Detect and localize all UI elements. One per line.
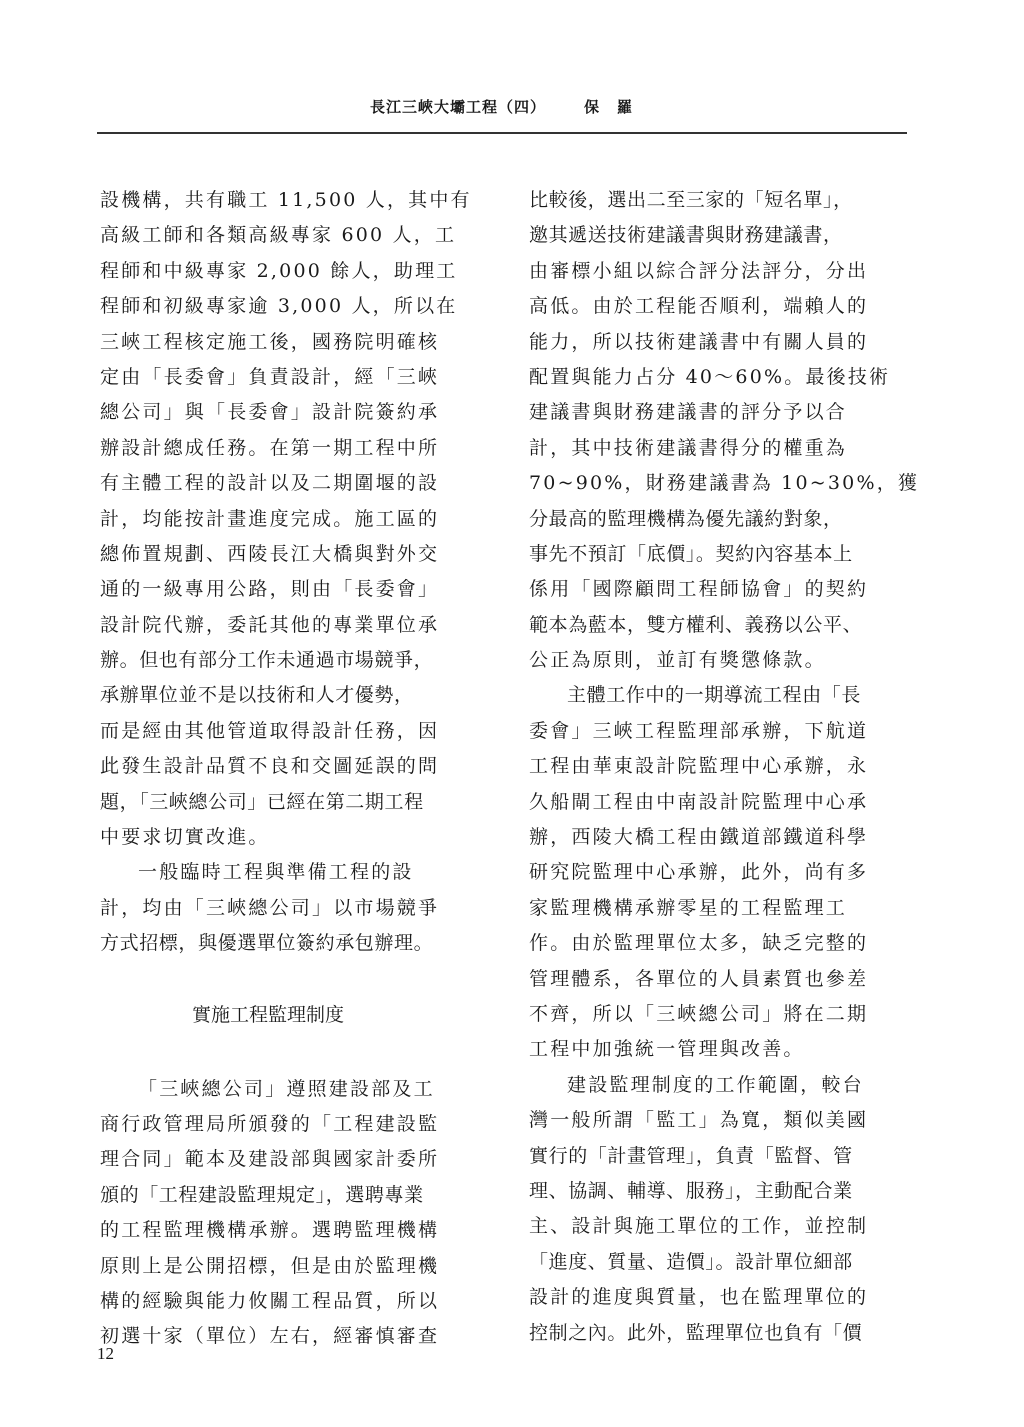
text-line: 配置與能力占分 40～60%。最後技術 [529,360,909,395]
right-column: 比較後，選出二至三家的「短名單」， 邀其遞送技術建議書與財務建議書， 由審標小組… [529,183,909,1351]
text-line: 設計的進度與質量，也在監理單位的 [529,1280,909,1315]
text-line: 比較後，選出二至三家的「短名單」， [529,183,909,218]
text-line: 一般臨時工程與準備工程的設 [100,855,480,890]
running-header: 長江三峽大壩工程（四） 保羅 [0,96,1024,120]
text-line: 70~90%，財務建議書為 10~30%，獲 [529,466,909,501]
text-line: 方式招標，與優選單位簽約承包辦理。 [100,926,480,961]
text-line: 管理體系，各單位的人員素質也參差 [529,962,909,997]
text-line: 通的一級專用公路，則由「長委會」 [100,572,480,607]
text-line: 中要求切實改進。 [100,820,480,855]
text-line: 久船閘工程由中南設計院監理中心承 [529,785,909,820]
page-number: 12 [97,1344,114,1364]
paragraph: 建設監理制度的工作範圍，較台 灣一般所謂「監工」為寬，類似美國 實行的「計畫管理… [529,1068,909,1351]
text-line: 事先不預訂「底價」。契約內容基本上 [529,537,909,572]
text-line: 的工程監理機構承辦。選聘監理機構 [100,1213,480,1248]
text-line: 建議書與財務建議書的評分予以合 [529,395,909,430]
text-line: 構的經驗與能力攸關工程品質，所以 [100,1284,480,1319]
text-line: 範本為藍本，雙方權利、義務以公平、 [529,608,909,643]
text-line: 分最高的監理機構為優先議約對象， [529,502,909,537]
text-line: 頒的「工程建設監理規定」，選聘專業 [100,1178,480,1213]
text-line: 辦，西陵大橋工程由鐵道部鐵道科學 [529,820,909,855]
text-line: 不齊，所以「三峽總公司」將在二期 [529,997,909,1032]
text-line: 有主體工程的設計以及二期圍堰的設 [100,466,480,501]
text-line: 辦。但也有部分工作未通過市場競爭， [100,643,480,678]
text-line: 承辦單位並不是以技術和人才優勢， [100,678,480,713]
text-line: 理、協調、輔導、服務」，主動配合業 [529,1174,909,1209]
paragraph: 設機構，共有職工 11,500 人，其中有 高級工師和各類高級專家 600 人，… [100,183,480,855]
text-line: 計，其中技術建議書得分的權重為 [529,431,909,466]
header-author: 保羅 [584,96,650,117]
text-line: 「三峽總公司」遵照建設部及工 [100,1072,480,1107]
text-line: 研究院監理中心承辦，此外，尚有多 [529,855,909,890]
text-line: 建設監理制度的工作範圍，較台 [529,1068,909,1103]
section-heading: 實施工程監理制度 [192,1000,344,1027]
text-line: 控制之內。此外，監理單位也負有「價 [529,1316,909,1351]
left-column: 設機構，共有職工 11,500 人，其中有 高級工師和各類高級專家 600 人，… [100,183,480,1355]
text-line: 計，均能按計畫進度完成。施工區的 [100,502,480,537]
text-line: 設機構，共有職工 11,500 人，其中有 [100,183,480,218]
text-line: 工程由華東設計院監理中心承辦，永 [529,749,909,784]
text-line: 總公司」與「長委會」設計院簽約承 [100,395,480,430]
text-line: 公正為原則，並訂有獎懲條款。 [529,643,909,678]
text-line: 計，均由「三峽總公司」以市場競爭 [100,891,480,926]
text-line: 委會」三峽工程監理部承辦，下航道 [529,714,909,749]
text-line: 係用「國際顧問工程師協會」的契約 [529,572,909,607]
paragraph: 比較後，選出二至三家的「短名單」， 邀其遞送技術建議書與財務建議書， 由審標小組… [529,183,909,678]
text-line: 家監理機構承辦零星的工程監理工 [529,891,909,926]
paragraph: 主體工作中的一期導流工程由「長 委會」三峽工程監理部承辦，下航道 工程由華東設計… [529,678,909,1067]
text-line: 灣一般所謂「監工」為寬，類似美國 [529,1103,909,1138]
text-line: 主、設計與施工單位的工作，並控制 [529,1209,909,1244]
text-line: 原則上是公開招標，但是由於監理機 [100,1249,480,1284]
section-heading-block: 實施工程監理制度 [100,962,480,1072]
text-line: 高級工師和各類高級專家 600 人，工 [100,218,480,253]
text-line: 設計院代辦，委託其他的專業單位承 [100,608,480,643]
text-line: 作。由於監理單位太多，缺乏完整的 [529,926,909,961]
text-line: 此發生設計品質不良和交圖延誤的問 [100,749,480,784]
text-line: 邀其遞送技術建議書與財務建議書， [529,218,909,253]
paragraph: 「三峽總公司」遵照建設部及工 商行政管理局所頒發的「工程建設監 理合同」範本及建… [100,1072,480,1355]
header-rule [97,132,907,134]
text-line: 程師和初級專家逾 3,000 人，所以在 [100,289,480,324]
paragraph: 一般臨時工程與準備工程的設 計，均由「三峽總公司」以市場競爭 方式招標，與優選單… [100,855,480,961]
text-line: 理合同」範本及建設部與國家計委所 [100,1142,480,1177]
text-line: 程師和中級專家 2,000 餘人，助理工 [100,254,480,289]
text-line: 實行的「計畫管理」，負責「監督、管 [529,1139,909,1174]
text-line: 三峽工程核定施工後，國務院明確核 [100,325,480,360]
text-line: 初選十家（單位）左右，經審慎審查 [100,1319,480,1354]
text-line: 能力，所以技術建議書中有關人員的 [529,325,909,360]
text-line: 題，「三峽總公司」已經在第二期工程 [100,785,480,820]
text-line: 高低。由於工程能否順利，端賴人的 [529,289,909,324]
text-line: 辦設計總成任務。在第一期工程中所 [100,431,480,466]
text-line: 由審標小組以綜合評分法評分，分出 [529,254,909,289]
text-line: 而是經由其他管道取得設計任務，因 [100,714,480,749]
header-title: 長江三峽大壩工程（四） [370,96,546,117]
text-line: 商行政管理局所頒發的「工程建設監 [100,1107,480,1142]
text-line: 「進度、質量、造價」。設計單位細部 [529,1245,909,1280]
text-line: 總佈置規劃、西陵長江大橋與對外交 [100,537,480,572]
text-line: 工程中加強統一管理與改善。 [529,1032,909,1067]
text-line: 定由「長委會」負責設計，經「三峽 [100,360,480,395]
text-line: 主體工作中的一期導流工程由「長 [529,678,909,713]
